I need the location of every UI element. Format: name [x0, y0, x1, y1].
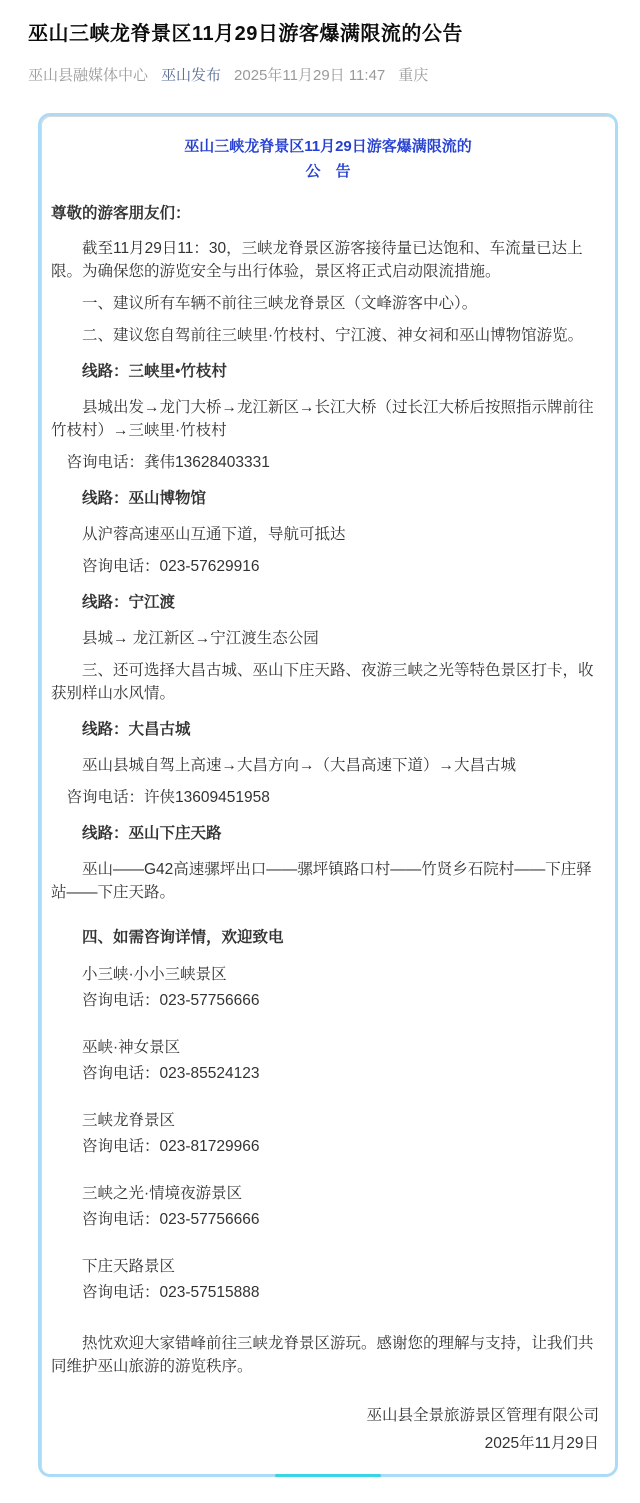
- signature-line: 巫山县全景旅游景区管理有限公司: [51, 1404, 605, 1428]
- closing-paragraph: 热忱欢迎大家错峰前往三峡龙脊景区游玩。感谢您的理解与支持，让我们共同维护巫山旅游…: [51, 1332, 605, 1378]
- notice-paragraph: 三、还可选择大昌古城、巫山下庄天路、夜游三峡之光等特色景区打卡，收获别样山水风情…: [51, 659, 605, 705]
- notice-title: 巫山三峡龙脊景区11月29日游客爆满限流的 公 告: [51, 134, 605, 184]
- contact-line: 咨询电话：023-57756666: [82, 1207, 605, 1233]
- contact-line: 下庄天路景区: [82, 1254, 605, 1280]
- route-detail: 从沪蓉高速巫山互通下道，导航可抵达: [51, 523, 605, 546]
- signature-line: 2025年11月29日: [51, 1432, 605, 1456]
- article-page: 巫山三峡龙脊景区11月29日游客爆满限流的公告 巫山县融媒体中心 巫山发布 20…: [0, 0, 640, 1503]
- notice-box: 巫山三峡龙脊景区11月29日游客爆满限流的 公 告 尊敬的游客朋友们： 截至11…: [38, 113, 618, 1477]
- contact-line: 咨询电话：023-81729966: [82, 1134, 605, 1160]
- meta-source: 巫山县融媒体中心: [28, 64, 148, 85]
- route-heading: 线路：巫山博物馆: [51, 487, 605, 510]
- contact-group: 巫峡·神女景区咨询电话：023-85524123: [51, 1035, 605, 1087]
- notice-paragraph: 二、建议您自驾前往三峡里·竹枝村、宁江渡、神女祠和巫山博物馆游览。: [51, 324, 605, 347]
- contact-line: 三峡龙脊景区: [82, 1108, 605, 1134]
- route-heading: 线路：三峡里•竹枝村: [51, 360, 605, 383]
- article-meta: 巫山县融媒体中心 巫山发布 2025年11月29日 11:47 重庆: [28, 64, 618, 85]
- notice-paragraph: 县城出发→龙门大桥→龙江新区→长江大桥（过长江大桥后按照指示牌前往竹枝村）→三峡…: [51, 396, 605, 442]
- contact-line: 咨询电话：023-85524123: [82, 1061, 605, 1087]
- contact-line: 小三峡·小小三峡景区: [82, 962, 605, 988]
- contact-phone-line: 咨询电话：龚伟13628403331: [51, 451, 605, 474]
- notice-title-line1: 巫山三峡龙脊景区11月29日游客爆满限流的: [51, 134, 605, 159]
- route-detail: 县城→ 龙江新区→宁江渡生态公园: [51, 627, 605, 650]
- meta-location: 重庆: [398, 64, 428, 85]
- notice-body: 截至11月29日11：30，三峡龙脊景区游客接待量已达饱和、车流量已达上限。为确…: [51, 237, 605, 1456]
- route-heading: 线路：宁江渡: [51, 591, 605, 614]
- contact-group: 三峡龙脊景区咨询电话：023-81729966: [51, 1108, 605, 1160]
- notice-paragraph: 巫山——G42高速骡坪出口——骡坪镇路口村——竹贤乡石院村——下庄驿站——下庄天…: [51, 858, 605, 904]
- notice-paragraph: 一、建议所有车辆不前往三峡龙脊景区（文峰游客中心）。: [51, 292, 605, 315]
- contact-phone-line: 咨询电话：许侠13609451958: [51, 786, 605, 809]
- route-detail: 巫山县城自驾上高速→大昌方向→（大昌高速下道）→大昌古城: [51, 754, 605, 777]
- route-detail: 咨询电话：023-57629916: [51, 555, 605, 578]
- route-heading: 线路：巫山下庄天路: [51, 822, 605, 845]
- contact-group: 三峡之光·情境夜游景区咨询电话：023-57756666: [51, 1181, 605, 1233]
- notice-paragraph: 截至11月29日11：30，三峡龙脊景区游客接待量已达饱和、车流量已达上限。为确…: [51, 237, 605, 283]
- page-title: 巫山三峡龙脊景区11月29日游客爆满限流的公告: [28, 20, 618, 48]
- meta-account-link[interactable]: 巫山发布: [161, 64, 221, 85]
- notice-salutation: 尊敬的游客朋友们：: [51, 202, 605, 225]
- contact-line: 咨询电话：023-57756666: [82, 988, 605, 1014]
- contact-group: 小三峡·小小三峡景区咨询电话：023-57756666: [51, 962, 605, 1014]
- route-heading: 线路：大昌古城: [51, 718, 605, 741]
- section-heading: 四、如需咨询详情，欢迎致电: [51, 926, 605, 949]
- contact-line: 三峡之光·情境夜游景区: [82, 1181, 605, 1207]
- notice-title-line2: 公 告: [51, 159, 605, 184]
- contact-line: 咨询电话：023-57515888: [82, 1280, 605, 1306]
- contact-line: 巫峡·神女景区: [82, 1035, 605, 1061]
- contact-group: 下庄天路景区咨询电话：023-57515888: [51, 1254, 605, 1306]
- meta-datetime: 2025年11月29日 11:47: [234, 64, 385, 85]
